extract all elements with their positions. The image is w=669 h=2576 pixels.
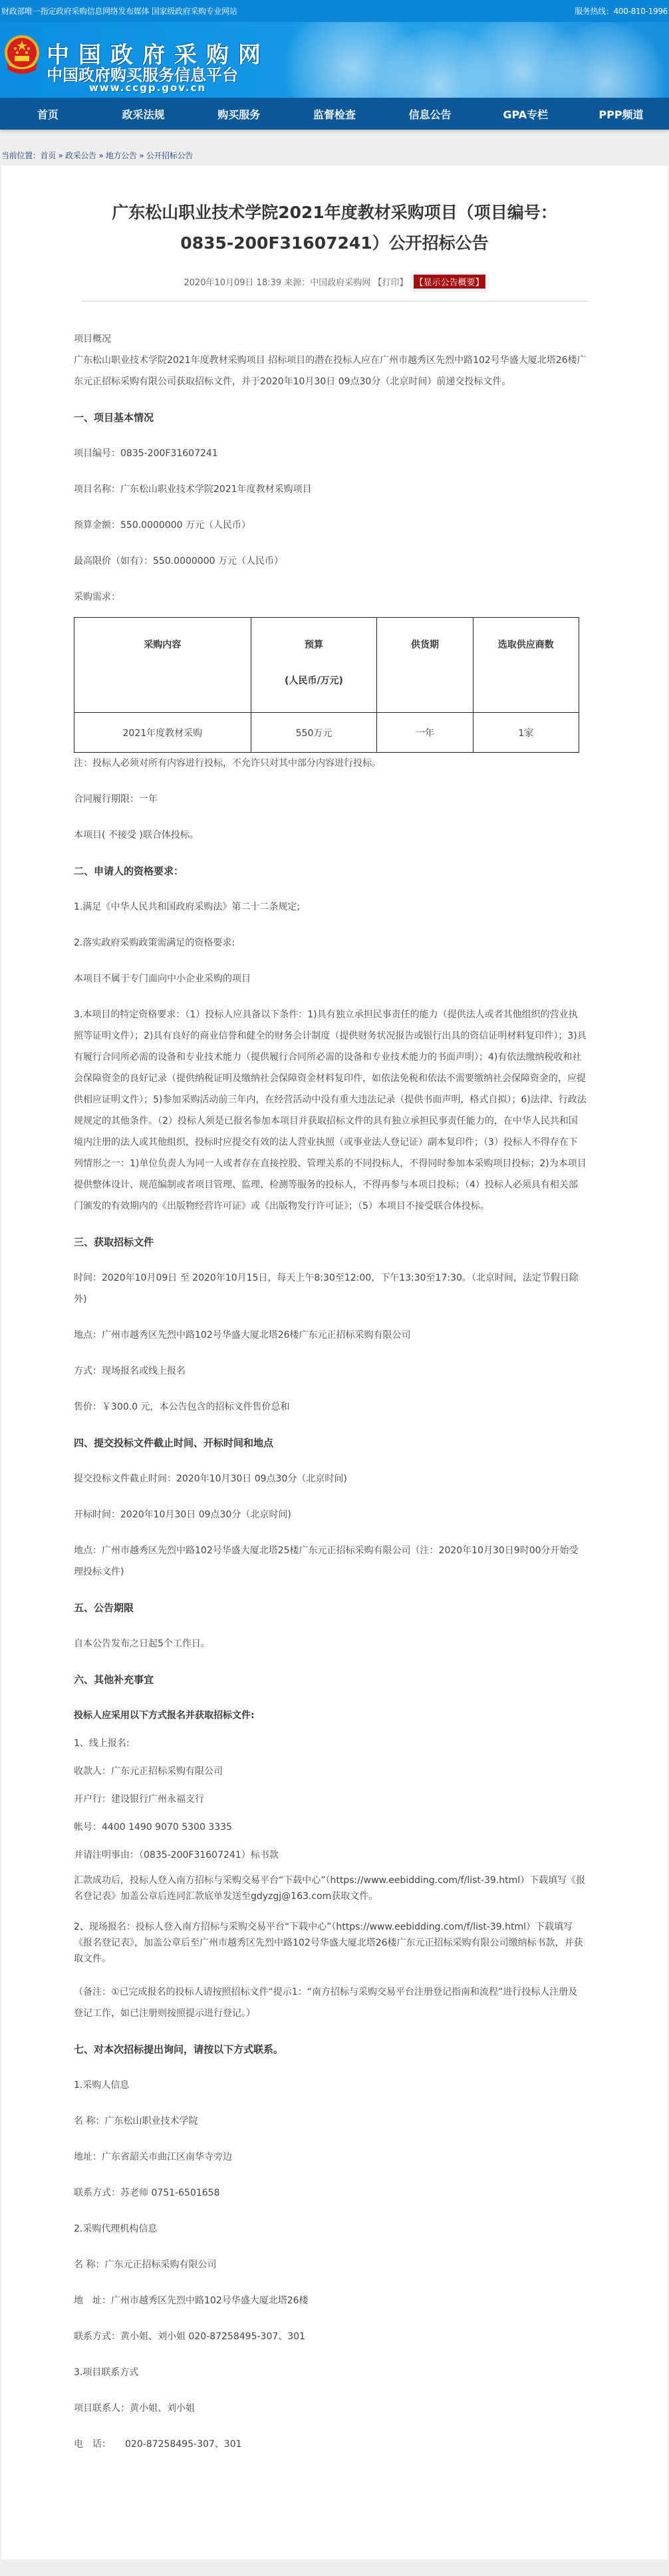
project-number: 项目编号：0835-200F31607241 (74, 443, 587, 464)
breadcrumb-separator: » (98, 151, 103, 160)
onsite-registration-text: 2、现场报名：投标人登入南方招标与采购交易平台“下载中心”（https://ww… (74, 1919, 587, 1967)
registration-subheading: 投标人应采用以下方式报名并获取招标文件: (74, 1705, 587, 1726)
table-header-budget-unit: (人民币/万元) (251, 663, 377, 699)
table-header: 选取供应商数 (473, 618, 579, 713)
qualification-1: 1.满足《中华人民共和国政府采购法》第二十二条规定; (74, 896, 587, 918)
agency-name: 名 称：广东元正招标采购有限公司 (74, 2254, 587, 2275)
table-header: 采购内容 (74, 618, 251, 713)
nav-item-regulations[interactable]: 政采法规 (96, 106, 192, 122)
show-summary-button[interactable]: 【显示公告概要】 (414, 275, 485, 289)
table-row: 2021年度教材采购 550万元 一年 1家 (74, 713, 579, 753)
buyer-name: 名 称：广东松山职业技术学院 (74, 2111, 587, 2132)
section-2-heading: 二、申请人的资格要求： (74, 860, 587, 882)
online-registration-label: 1、线上报名: (74, 1733, 587, 1754)
main-nav: 首页 政采法规 购买服务 监督检查 信息公告 GPA专栏 PPP频道 (0, 98, 669, 130)
breadcrumb-prefix: 当前位置： (1, 151, 41, 160)
agency-contact: 联系方式：黄小姐、刘小姐 020-87258495-307、301 (74, 2326, 587, 2347)
doc-place: 地点：广州市越秀区先烈中路102号华盛大厦北塔26楼广东元正招标采购有限公司 (74, 1325, 587, 1346)
table-note: 注：投标人必须对所有内容进行投标，不允许只对其中部分内容进行投标。 (74, 753, 587, 774)
consortium-policy: 本项目( 不接受 )联合体投标。 (74, 825, 587, 846)
breadcrumb-separator: » (58, 151, 63, 160)
opening-time: 开标时间：2020年10月30日 09点30分（北京时间) (74, 1504, 587, 1525)
agency-info-label: 2.采购代理机构信息 (74, 2218, 587, 2240)
breadcrumb-gov-announcements[interactable]: 政采公告 (65, 151, 96, 160)
table-header: 供货期 (377, 618, 473, 713)
page-bottom-spacer (0, 2559, 669, 2564)
section-5-heading: 五、公告期限 (74, 1597, 587, 1618)
notice-period: 自本公告发布之日起5个工作日。 (74, 1633, 587, 1654)
nav-item-gpa[interactable]: GPA专栏 (477, 106, 573, 122)
requirements-table: 采购内容 预算 (人民币/万元) 供货期 选取供应商数 2021年度教材采购 5… (74, 617, 579, 753)
overview-label: 项目概况 (74, 328, 587, 350)
opening-place: 地点：广州市越秀区先烈中路102号华盛大厦北塔25楼广东元正招标采购有限公司（注… (74, 1540, 587, 1583)
max-price: 最高限价（如有）：550.0000000 万元（人民币） (74, 551, 587, 572)
top-info-bar: 财政部唯一指定政府采购信息网络发布媒体 国家级政府采购专业网站 服务热线：400… (0, 0, 669, 22)
project-contact-label: 3.项目联系方式 (74, 2362, 587, 2383)
doc-time: 时间：2020年10月09日 至 2020年10月15日，每天上午8:30至12… (74, 1267, 587, 1310)
section-4-heading: 四、提交投标文件截止时间、开标时间和地点 (74, 1432, 587, 1454)
qualification-3: 3.本项目的特定资格要求：（1）投标人应具备以下条件：1)具有独立承担民事责任的… (74, 1004, 587, 1217)
demand-label: 采购需求： (74, 586, 587, 608)
online-registration-text: 汇款成功后，投标人登入南方招标与采购交易平台“下载中心”（https://www… (74, 1872, 587, 1904)
budget-amount: 预算金额：550.0000000 万元（人民币） (74, 515, 587, 536)
bank: 开户行：建设银行广州永福支行 (74, 1789, 587, 1810)
breadcrumb-home[interactable]: 首页 (41, 151, 56, 160)
account-number: 帐号：4400 1490 9070 5300 3335 (74, 1817, 587, 1838)
qualification-2-text: 本项目不属于专门面向中小企业采购的项目 (74, 968, 587, 989)
project-contact-phone: 电 话： 020-87258495-307、301 (74, 2434, 587, 2455)
site-banner: 中国政府采购网 中国政府购买服务信息平台 www.ccgp.gov.cn (0, 22, 669, 98)
payee: 收款人：广东元正招标采购有限公司 (74, 1761, 587, 1782)
doc-method: 方式：现场报名或线上报名 (74, 1360, 587, 1382)
article-source: 来源：中国政府采购网 (284, 278, 370, 288)
publish-datetime: 2020年10月09日 18:39 (184, 278, 281, 288)
submission-deadline: 提交投标文件截止时间：2020年10月30日 09点30分（北京时间) (74, 1468, 587, 1489)
site-url: www.ccgp.gov.cn (89, 82, 206, 94)
doc-price: 售价：￥300.0 元，本公告包含的招标文件售价总和 (74, 1396, 587, 1418)
article-meta: 2020年10月09日 18:39 来源：中国政府采购网 【打印】 【显示公告概… (1, 275, 668, 289)
table-cell: 550万元 (251, 713, 377, 753)
breadcrumb-open-tender[interactable]: 公开招标公告 (146, 151, 193, 160)
payment-remark: 并请注明事由：（0835-200F31607241）标书款 (74, 1845, 587, 1866)
article-title: 广东松山职业技术学院2021年度教材采购项目（项目编号：0835-200F316… (1, 166, 668, 259)
buyer-contact: 联系方式：苏老师 0751-6501658 (74, 2182, 587, 2204)
buyer-info-label: 1.采购人信息 (74, 2075, 587, 2096)
table-header-budget: 预算 (251, 627, 377, 663)
nav-item-announcements[interactable]: 信息公告 (382, 106, 478, 122)
section-6-heading: 六、其他补充事宜 (74, 1669, 587, 1690)
table-header: 预算 (人民币/万元) (251, 618, 377, 713)
section-3-heading: 三、获取招标文件 (74, 1231, 587, 1253)
section-1-heading: 一、项目基本情况 (74, 407, 587, 428)
agency-address: 地 址：广州市越秀区先烈中路102号华盛大厦北塔26楼 (74, 2290, 587, 2311)
national-emblem-icon (3, 34, 41, 76)
breadcrumb-separator: » (139, 151, 144, 160)
table-header-row: 采购内容 预算 (人民币/万元) 供货期 选取供应商数 (74, 618, 579, 713)
table-cell: 一年 (377, 713, 473, 753)
project-name: 项目名称：广东松山职业技术学院2021年度教材采购项目 (74, 479, 587, 500)
service-hotline: 服务热线：400-810-1996 (575, 5, 668, 17)
breadcrumb: 当前位置：首页 » 政采公告 » 地方公告 » 公开招标公告 (0, 130, 669, 166)
site-slogan: 财政部唯一指定政府采购信息网络发布媒体 国家级政府采购专业网站 (1, 5, 237, 17)
nav-item-purchase-services[interactable]: 购买服务 (191, 106, 287, 122)
table-cell: 2021年度教材采购 (74, 713, 251, 753)
breadcrumb-local-announcements[interactable]: 地方公告 (106, 151, 137, 160)
nav-item-home[interactable]: 首页 (0, 106, 96, 122)
table-cell: 1家 (473, 713, 579, 753)
article-container: 广东松山职业技术学院2021年度教材采购项目（项目编号：0835-200F316… (1, 166, 668, 2559)
print-link[interactable]: 【打印】 (373, 278, 408, 288)
project-contact-person: 项目联系人：黄小姐、刘小姐 (74, 2398, 587, 2419)
nav-item-ppp[interactable]: PPP频道 (573, 106, 669, 122)
qualification-2: 2.落实政府采购政策需满足的资格要求: (74, 932, 587, 954)
section-7-heading: 七、对本次招标提出询问，请按以下方式联系。 (74, 2039, 587, 2060)
article-body: 项目概况 广东松山职业技术学院2021年度教材采购项目 招标项目的潜在投标人应在… (1, 302, 587, 2455)
nav-item-supervision[interactable]: 监督检查 (287, 106, 382, 122)
buyer-address: 地址：广东省韶关市曲江区南华寺旁边 (74, 2146, 587, 2168)
contract-period: 合同履行期限：一年 (74, 789, 587, 810)
registration-note: （备注：①已完成报名的投标人请按照招标文件“提示1：“南方招标与采购交易平台注册… (74, 1982, 587, 2024)
overview-text: 广东松山职业技术学院2021年度教材采购项目 招标项目的潜在投标人应在广州市越秀… (74, 350, 587, 392)
